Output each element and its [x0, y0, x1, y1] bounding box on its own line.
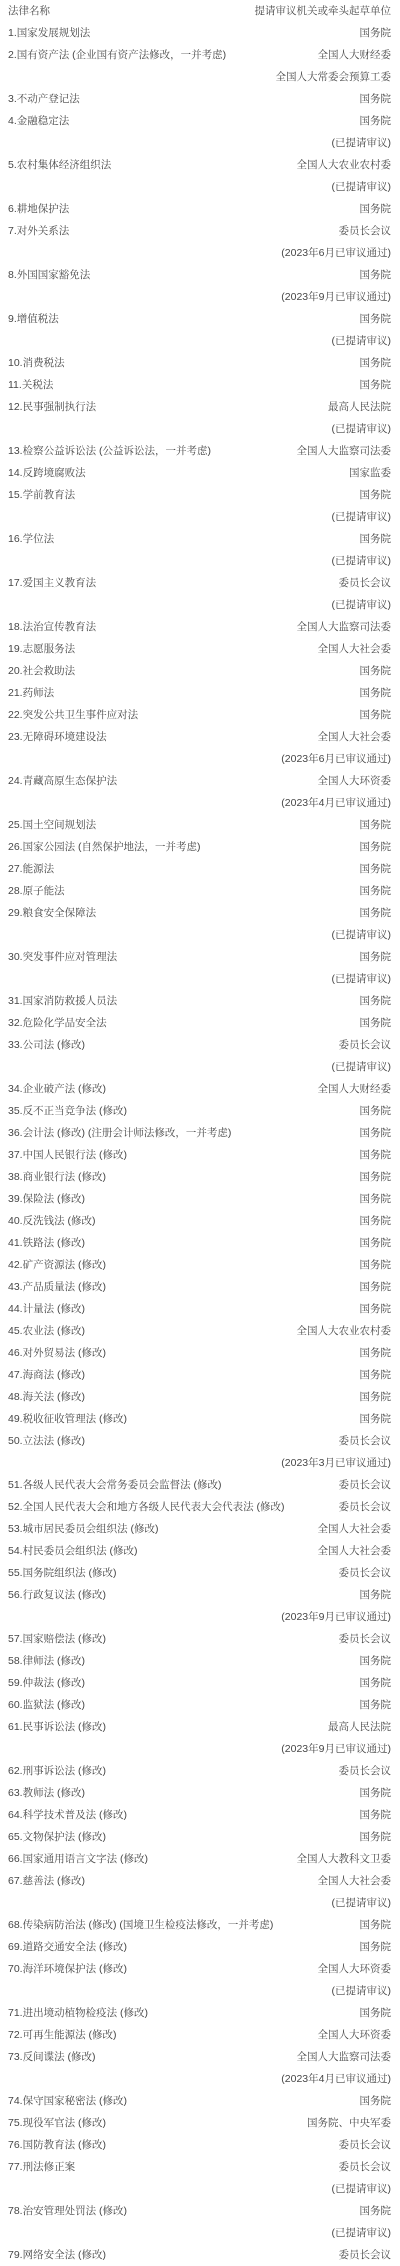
agency-or-status: 国务院	[360, 2002, 392, 2024]
agency-or-status: 国务院	[360, 1012, 392, 1034]
agency-or-status: 国家监委	[349, 462, 391, 484]
agency-or-status: 国务院	[360, 1826, 392, 1848]
table-row: 57.国家赔偿法 (修改) 委员长会议	[0, 1628, 400, 1650]
row-right: 国务院	[360, 1188, 400, 1210]
law-name: 45.农业法 (修改)	[0, 1320, 297, 1342]
row-right: 国务院(已提请审议)	[332, 308, 400, 352]
row-right: 全国人大财经委全国人大常委会预算工委	[276, 44, 400, 88]
law-name: 70.海洋环境保护法 (修改)	[0, 1958, 318, 1980]
row-right: 国务院	[360, 2090, 400, 2112]
law-name: 22.突发公共卫生事件应对法	[0, 704, 360, 726]
row-right: 国务院	[360, 1122, 400, 1144]
table-row: 79.网络安全法 (修改) 委员长会议	[0, 2244, 400, 2266]
agency-or-status: (已提请审议)	[332, 968, 392, 990]
agency-or-status: (已提请审议)	[332, 1056, 392, 1078]
row-right: 全国人大监察司法委	[297, 616, 400, 638]
table-row: 76.国防教育法 (修改) 委员长会议	[0, 2134, 400, 2156]
law-name: 67.慈善法 (修改)	[0, 1870, 318, 1892]
row-right: 全国人大社会委	[318, 1518, 400, 1540]
table-row: 64.科学技术普及法 (修改) 国务院	[0, 1804, 400, 1826]
table-row: 46.对外贸易法 (修改) 国务院	[0, 1342, 400, 1364]
row-right: 国务院	[360, 1144, 400, 1166]
agency-or-status: (已提请审议)	[332, 506, 392, 528]
law-name: 15.学前教育法	[0, 484, 332, 506]
table-row: 34.企业破产法 (修改) 全国人大财经委	[0, 1078, 400, 1100]
row-right: 国务院	[360, 1298, 400, 1320]
agency-or-status: 国务院	[360, 352, 392, 374]
table-row: 21.药师法 国务院	[0, 682, 400, 704]
agency-or-status: 最高人民法院	[281, 1716, 391, 1738]
table-row: 58.律师法 (修改) 国务院	[0, 1650, 400, 1672]
agency-or-status: 委员长会议	[332, 1034, 392, 1056]
row-right: 国务院	[360, 1100, 400, 1122]
agency-or-status: 国务院	[332, 902, 392, 924]
law-name: 6.耕地保护法	[0, 198, 360, 220]
law-name: 18.法治宣传教育法	[0, 616, 297, 638]
row-right: 国务院	[360, 1012, 400, 1034]
agency-or-status: (2023年9月已审议通过)	[281, 1606, 391, 1628]
table-row: 29.粮食安全保障法 国务院(已提请审议)	[0, 902, 400, 946]
law-name: 49.税收征收管理法 (修改)	[0, 1408, 360, 1430]
row-right: 国务院	[360, 1694, 400, 1716]
law-name: 52.全国人民代表大会和地方各级人民代表大会代表法 (修改)	[0, 1496, 339, 1518]
table-row: 45.农业法 (修改) 全国人大农业农村委	[0, 1320, 400, 1342]
agency-or-status: 委员长会议	[281, 220, 391, 242]
law-name: 12.民事强制执行法	[0, 396, 328, 418]
agency-or-status: 委员长会议	[339, 2244, 392, 2266]
table-row: 73.反间谍法 (修改) 全国人大监察司法委(2023年4月已审议通过)	[0, 2046, 400, 2090]
table-row: 61.民事诉讼法 (修改) 最高人民法院(2023年9月已审议通过)	[0, 1716, 400, 1760]
agency-or-status: 国务院	[360, 198, 392, 220]
agency-or-status: (已提请审议)	[297, 176, 392, 198]
row-right: 国务院	[360, 880, 400, 902]
agency-or-status: 全国人大农业农村委	[297, 154, 392, 176]
agency-or-status: 国务院	[360, 374, 392, 396]
law-name: 57.国家赔偿法 (修改)	[0, 1628, 339, 1650]
table-row: 23.无障碍环境建设法 全国人大社会委(2023年6月已审议通过)	[0, 726, 400, 770]
agency-or-status: 国务院	[332, 308, 392, 330]
row-right: 国务院	[360, 814, 400, 836]
table-row: 68.传染病防治法 (修改) (国境卫生检疫法修改，一并考虑) 国务院	[0, 1914, 400, 1936]
row-right: 国务院	[360, 858, 400, 880]
law-name: 78.治安管理处罚法 (修改)	[0, 2200, 332, 2222]
row-right: 国务院(2023年9月已审议通过)	[281, 264, 400, 308]
agency-or-status: 国务院	[360, 2090, 392, 2112]
row-right: 国务院(已提请审议)	[332, 110, 400, 154]
law-name: 33.公司法 (修改)	[0, 1034, 332, 1056]
law-name: 28.原子能法	[0, 880, 360, 902]
agency-or-status: 国务院	[360, 1408, 392, 1430]
row-right: 国务院(已提请审议)	[332, 528, 400, 572]
agency-or-status: 国务院	[360, 1122, 392, 1144]
law-name: 30.突发事件应对管理法	[0, 946, 332, 968]
agency-or-status: 全国人大财经委	[318, 1078, 392, 1100]
agency-or-status: 全国人大社会委	[318, 1540, 392, 1562]
table-row: 44.计量法 (修改) 国务院	[0, 1298, 400, 1320]
table-row: 67.慈善法 (修改) 全国人大社会委(已提请审议)	[0, 1870, 400, 1914]
law-name: 32.危险化学品安全法	[0, 1012, 360, 1034]
table-header-row: 法律名称 提请审议机关或牵头起草单位	[0, 0, 400, 22]
agency-or-status: 国务院	[360, 1782, 392, 1804]
agency-or-status: (已提请审议)	[318, 1980, 392, 2002]
agency-or-status: (2023年6月已审议通过)	[281, 242, 391, 264]
table-row: 33.公司法 (修改) 委员长会议(已提请审议)	[0, 1034, 400, 1078]
row-right: 国务院	[360, 352, 400, 374]
law-name: 79.网络安全法 (修改)	[0, 2244, 339, 2266]
law-name: 16.学位法	[0, 528, 332, 550]
law-name: 59.仲裁法 (修改)	[0, 1672, 360, 1694]
table-row: 1.国家发展规划法 国务院	[0, 22, 400, 44]
agency-or-status: 国务院	[360, 1342, 392, 1364]
law-name: 47.海商法 (修改)	[0, 1364, 360, 1386]
row-right: 国务院、中央军委	[307, 2112, 400, 2134]
agency-or-status: 国务院	[360, 704, 392, 726]
table-row: 50.立法法 (修改) 委员长会议(2023年3月已审议通过)	[0, 1430, 400, 1474]
row-right: 国务院(已提请审议)	[332, 484, 400, 528]
table-row: 31.国家消防救援人员法 国务院	[0, 990, 400, 1012]
law-name: 50.立法法 (修改)	[0, 1430, 281, 1452]
agency-or-status: 国务院	[332, 528, 392, 550]
law-name: 64.科学技术普及法 (修改)	[0, 1804, 360, 1826]
table-row: 69.道路交通安全法 (修改) 国务院	[0, 1936, 400, 1958]
row-right: 国务院	[360, 1650, 400, 1672]
row-right: 国务院(2023年9月已审议通过)	[281, 1584, 400, 1628]
row-right: 全国人大教科文卫委	[297, 1848, 400, 1870]
row-right: 委员长会议(2023年6月已审议通过)	[281, 220, 400, 264]
law-name: 62.刑事诉讼法 (修改)	[0, 1760, 339, 1782]
row-right: 全国人大农业农村委	[297, 1320, 400, 1342]
law-name: 10.消费税法	[0, 352, 360, 374]
agency-or-status: 全国人大财经委	[276, 44, 392, 66]
table-row: 78.治安管理处罚法 (修改) 国务院(已提请审议)	[0, 2200, 400, 2244]
table-row: 59.仲裁法 (修改) 国务院	[0, 1672, 400, 1694]
agency-or-status: 国务院	[360, 1804, 392, 1826]
agency-or-status: 委员长会议	[332, 572, 392, 594]
row-right: 国务院	[360, 1804, 400, 1826]
table-row: 42.矿产资源法 (修改) 国务院	[0, 1254, 400, 1276]
table-row: 65.文物保护法 (修改) 国务院	[0, 1826, 400, 1848]
agency-or-status: 全国人大环资委	[281, 770, 391, 792]
agency-or-status: 委员长会议	[339, 1474, 392, 1496]
row-right: 全国人大环资委(2023年4月已审议通过)	[281, 770, 400, 814]
agency-or-status: 全国人大社会委	[318, 1518, 392, 1540]
law-name: 43.产品质量法 (修改)	[0, 1276, 360, 1298]
table-row: 71.进出境动植物检疫法 (修改) 国务院	[0, 2002, 400, 2024]
agency-or-status: 国务院	[360, 1298, 392, 1320]
law-name: 34.企业破产法 (修改)	[0, 1078, 318, 1100]
row-right: 国务院	[360, 1166, 400, 1188]
column-header-agency: 提请审议机关或牵头起草单位	[255, 0, 392, 22]
law-name: 4.金融稳定法	[0, 110, 332, 132]
row-right: 国务院	[360, 1210, 400, 1232]
agency-or-status: 国务院	[360, 660, 392, 682]
row-right: 最高人民法院(已提请审议)	[328, 396, 400, 440]
agency-or-status: 国务院	[360, 880, 392, 902]
table-row: 48.海关法 (修改) 国务院	[0, 1386, 400, 1408]
table-row: 38.商业银行法 (修改) 国务院	[0, 1166, 400, 1188]
law-name: 3.不动产登记法	[0, 88, 360, 110]
law-name: 73.反间谍法 (修改)	[0, 2046, 281, 2068]
table-row: 62.刑事诉讼法 (修改) 委员长会议	[0, 1760, 400, 1782]
table-row: 55.国务院组织法 (修改) 委员长会议	[0, 1562, 400, 1584]
table-row: 70.海洋环境保护法 (修改) 全国人大环资委(已提请审议)	[0, 1958, 400, 2002]
law-name: 7.对外关系法	[0, 220, 281, 242]
table-row: 72.可再生能源法 (修改) 全国人大环资委	[0, 2024, 400, 2046]
row-right: 国务院(已提请审议)	[332, 946, 400, 990]
row-right: 国家监委	[349, 462, 400, 484]
law-name: 77.刑法修正案	[0, 2156, 332, 2178]
agency-or-status: 国务院	[360, 1166, 392, 1188]
table-row: 17.爱国主义教育法 委员长会议(已提请审议)	[0, 572, 400, 616]
law-name: 17.爱国主义教育法	[0, 572, 332, 594]
agency-or-status: (已提请审议)	[332, 924, 392, 946]
table-row: 41.铁路法 (修改) 国务院	[0, 1232, 400, 1254]
law-name: 35.反不正当竞争法 (修改)	[0, 1100, 360, 1122]
law-name: 76.国防教育法 (修改)	[0, 2134, 339, 2156]
agency-or-status: 国务院	[360, 858, 392, 880]
row-right: 委员长会议	[339, 1562, 400, 1584]
law-name: 27.能源法	[0, 858, 360, 880]
table-row: 43.产品质量法 (修改) 国务院	[0, 1276, 400, 1298]
law-name: 38.商业银行法 (修改)	[0, 1166, 360, 1188]
law-name: 44.计量法 (修改)	[0, 1298, 360, 1320]
law-name: 74.保守国家秘密法 (修改)	[0, 2090, 360, 2112]
row-right: 国务院	[360, 682, 400, 704]
table-row: 51.各级人民代表大会常务委员会监督法 (修改) 委员长会议	[0, 1474, 400, 1496]
row-right: 最高人民法院(2023年9月已审议通过)	[281, 1716, 400, 1760]
agency-or-status: 委员长会议	[339, 1628, 392, 1650]
law-name: 5.农村集体经济组织法	[0, 154, 297, 176]
row-right: 国务院	[360, 1386, 400, 1408]
row-right: 全国人大环资委	[318, 2024, 400, 2046]
table-row: 14.反跨境腐败法 国家监委	[0, 462, 400, 484]
agency-or-status: 国务院	[360, 1914, 392, 1936]
legislation-table: 法律名称 提请审议机关或牵头起草单位 1.国家发展规划法 国务院 2.国有资产法…	[0, 0, 400, 2266]
table-row: 39.保险法 (修改) 国务院	[0, 1188, 400, 1210]
law-name: 11.关税法	[0, 374, 360, 396]
row-right: 国务院(已提请审议)	[332, 902, 400, 946]
table-row: 11.关税法 国务院	[0, 374, 400, 396]
row-right: 国务院	[360, 2002, 400, 2024]
table-row: 32.危险化学品安全法 国务院	[0, 1012, 400, 1034]
agency-or-status: (2023年4月已审议通过)	[281, 2068, 391, 2090]
row-right: 国务院	[360, 704, 400, 726]
table-row: 30.突发事件应对管理法 国务院(已提请审议)	[0, 946, 400, 990]
row-right: 国务院	[360, 22, 400, 44]
row-right: 全国人大环资委(已提请审议)	[318, 1958, 400, 2002]
agency-or-status: 全国人大农业农村委	[297, 1320, 392, 1342]
agency-or-status: (2023年6月已审议通过)	[281, 748, 391, 770]
agency-or-status: 国务院	[332, 946, 392, 968]
agency-or-status: 国务院	[360, 1144, 392, 1166]
table-row: 75.现役军官法 (修改) 国务院、中央军委	[0, 2112, 400, 2134]
agency-or-status: 委员长会议	[339, 1496, 392, 1518]
law-name: 58.律师法 (修改)	[0, 1650, 360, 1672]
row-right: 全国人大监察司法委(2023年4月已审议通过)	[281, 2046, 400, 2090]
agency-or-status: 国务院	[360, 1210, 392, 1232]
law-name: 48.海关法 (修改)	[0, 1386, 360, 1408]
agency-or-status: 国务院	[360, 814, 392, 836]
table-row: 60.监狱法 (修改) 国务院	[0, 1694, 400, 1716]
row-right: 国务院	[360, 198, 400, 220]
law-name: 55.国务院组织法 (修改)	[0, 1562, 339, 1584]
agency-or-status: 全国人大常委会预算工委	[276, 66, 392, 88]
row-right: 国务院	[360, 1408, 400, 1430]
law-name: 36.会计法 (修改) (注册会计师法修改，一并考虑)	[0, 1122, 360, 1144]
law-name: 31.国家消防救援人员法	[0, 990, 360, 1012]
table-row: 28.原子能法 国务院	[0, 880, 400, 902]
row-right: 国务院	[360, 1914, 400, 1936]
table-row: 15.学前教育法 国务院(已提请审议)	[0, 484, 400, 528]
agency-or-status: 国务院	[360, 1188, 392, 1210]
law-name: 63.教师法 (修改)	[0, 1782, 360, 1804]
row-right: 国务院	[360, 1342, 400, 1364]
agency-or-status: 国务院	[360, 1100, 392, 1122]
agency-or-status: 国务院	[332, 2200, 392, 2222]
law-name: 69.道路交通安全法 (修改)	[0, 1936, 360, 1958]
agency-or-status: 国务院	[332, 110, 392, 132]
row-right: 委员长会议	[339, 2244, 400, 2266]
table-row: 7.对外关系法 委员长会议(2023年6月已审议通过)	[0, 220, 400, 264]
agency-or-status: 国务院	[360, 682, 392, 704]
law-name: 41.铁路法 (修改)	[0, 1232, 360, 1254]
agency-or-status: 国务院	[281, 264, 391, 286]
row-right: 委员长会议(2023年3月已审议通过)	[281, 1430, 400, 1474]
table-row: 56.行政复议法 (修改) 国务院(2023年9月已审议通过)	[0, 1584, 400, 1628]
agency-or-status: 全国人大环资委	[318, 2024, 392, 2046]
law-name: 60.监狱法 (修改)	[0, 1694, 360, 1716]
table-row: 49.税收征收管理法 (修改) 国务院	[0, 1408, 400, 1430]
table-row: 20.社会救助法 国务院	[0, 660, 400, 682]
agency-or-status: 国务院	[360, 1276, 392, 1298]
table-row: 66.国家通用语言文字法 (修改) 全国人大教科文卫委	[0, 1848, 400, 1870]
agency-or-status: (已提请审议)	[332, 594, 392, 616]
table-row: 9.增值税法 国务院(已提请审议)	[0, 308, 400, 352]
law-name: 14.反跨境腐败法	[0, 462, 349, 484]
agency-or-status: 国务院	[360, 1254, 392, 1276]
law-table-body: 1.国家发展规划法 国务院 2.国有资产法 (企业国有资产法修改，一并考虑) 全…	[0, 22, 400, 2266]
law-name: 21.药师法	[0, 682, 360, 704]
row-right: 全国人大财经委	[318, 1078, 400, 1100]
row-right: 国务院	[360, 1782, 400, 1804]
law-name: 13.检察公益诉讼法 (公益诉讼法，一并考虑)	[0, 440, 297, 462]
table-row: 18.法治宣传教育法 全国人大监察司法委	[0, 616, 400, 638]
table-row: 54.村民委员会组织法 (修改) 全国人大社会委	[0, 1540, 400, 1562]
agency-or-status: (已提请审议)	[332, 2178, 392, 2200]
agency-or-status: 最高人民法院	[328, 396, 391, 418]
agency-or-status: 国务院	[360, 990, 392, 1012]
law-name: 39.保险法 (修改)	[0, 1188, 360, 1210]
row-right: 国务院	[360, 88, 400, 110]
law-name: 72.可再生能源法 (修改)	[0, 2024, 318, 2046]
agency-or-status: 委员长会议	[339, 1562, 392, 1584]
agency-or-status: (已提请审议)	[332, 2222, 392, 2244]
agency-or-status: 委员长会议	[339, 1760, 392, 1782]
table-row: 74.保守国家秘密法 (修改) 国务院	[0, 2090, 400, 2112]
table-row: 36.会计法 (修改) (注册会计师法修改，一并考虑) 国务院	[0, 1122, 400, 1144]
agency-or-status: (2023年3月已审议通过)	[281, 1452, 391, 1474]
row-right: 国务院	[360, 1232, 400, 1254]
law-name: 29.粮食安全保障法	[0, 902, 332, 924]
table-row: 26.国家公园法 (自然保护地法，一并考虑) 国务院	[0, 836, 400, 858]
law-name: 40.反洗钱法 (修改)	[0, 1210, 360, 1232]
table-row: 27.能源法 国务院	[0, 858, 400, 880]
table-row: 5.农村集体经济组织法 全国人大农业农村委(已提请审议)	[0, 154, 400, 198]
row-right: 委员长会议	[339, 1474, 400, 1496]
row-right: 全国人大农业农村委(已提请审议)	[297, 154, 400, 198]
row-right: 全国人大监察司法委	[297, 440, 400, 462]
law-name: 54.村民委员会组织法 (修改)	[0, 1540, 318, 1562]
law-name: 26.国家公园法 (自然保护地法，一并考虑)	[0, 836, 360, 858]
row-right: 委员长会议	[339, 2134, 400, 2156]
law-name: 71.进出境动植物检疫法 (修改)	[0, 2002, 360, 2024]
row-right: 全国人大社会委(已提请审议)	[318, 1870, 400, 1914]
row-right: 全国人大社会委(2023年6月已审议通过)	[281, 726, 400, 770]
agency-or-status: (2023年4月已审议通过)	[281, 792, 391, 814]
row-right: 国务院	[360, 836, 400, 858]
row-right: 国务院(已提请审议)	[332, 2200, 400, 2244]
table-row: 53.城市居民委员会组织法 (修改) 全国人大社会委	[0, 1518, 400, 1540]
table-row: 25.国土空间规划法 国务院	[0, 814, 400, 836]
law-name: 65.文物保护法 (修改)	[0, 1826, 360, 1848]
table-row: 13.检察公益诉讼法 (公益诉讼法，一并考虑) 全国人大监察司法委	[0, 440, 400, 462]
law-name: 25.国土空间规划法	[0, 814, 360, 836]
row-right: 委员长会议(已提请审议)	[332, 1034, 400, 1078]
row-right: 国务院	[360, 1672, 400, 1694]
agency-or-status: (2023年9月已审议通过)	[281, 1738, 391, 1760]
agency-or-status: 国务院	[360, 1364, 392, 1386]
table-row: 3.不动产登记法 国务院	[0, 88, 400, 110]
agency-or-status: 委员长会议	[332, 2156, 392, 2178]
law-name: 2.国有资产法 (企业国有资产法修改，一并考虑)	[0, 44, 276, 66]
agency-or-status: 委员长会议	[339, 2134, 392, 2156]
agency-or-status: 全国人大环资委	[318, 1958, 392, 1980]
agency-or-status: 全国人大教科文卫委	[297, 1848, 392, 1870]
law-name: 23.无障碍环境建设法	[0, 726, 281, 748]
table-row: 24.青藏高原生态保护法 全国人大环资委(2023年4月已审议通过)	[0, 770, 400, 814]
row-right: 委员长会议(已提请审议)	[332, 572, 400, 616]
agency-or-status: 国务院	[332, 484, 392, 506]
table-row: 47.海商法 (修改) 国务院	[0, 1364, 400, 1386]
agency-or-status: (已提请审议)	[332, 550, 392, 572]
table-row: 6.耕地保护法 国务院	[0, 198, 400, 220]
row-right: 委员长会议	[339, 1760, 400, 1782]
row-right: 委员长会议(已提请审议)	[332, 2156, 400, 2200]
law-name: 20.社会救助法	[0, 660, 360, 682]
table-row: 37.中国人民银行法 (修改) 国务院	[0, 1144, 400, 1166]
law-name: 56.行政复议法 (修改)	[0, 1584, 281, 1606]
agency-or-status: (已提请审议)	[328, 418, 391, 440]
agency-or-status: 国务院	[360, 1672, 392, 1694]
law-name: 1.国家发展规划法	[0, 22, 360, 44]
table-row: 8.外国国家豁免法 国务院(2023年9月已审议通过)	[0, 264, 400, 308]
table-row: 16.学位法 国务院(已提请审议)	[0, 528, 400, 572]
table-row: 35.反不正当竞争法 (修改) 国务院	[0, 1100, 400, 1122]
agency-or-status: 国务院、中央军委	[307, 2112, 391, 2134]
agency-or-status: 国务院	[360, 88, 392, 110]
law-name: 19.志愿服务法	[0, 638, 318, 660]
agency-or-status: (已提请审议)	[332, 132, 392, 154]
agency-or-status: 国务院	[360, 1650, 392, 1672]
agency-or-status: 国务院	[360, 1232, 392, 1254]
agency-or-status: 全国人大监察司法委	[297, 440, 392, 462]
row-right: 全国人大社会委	[318, 638, 400, 660]
row-right: 委员长会议	[339, 1496, 400, 1518]
row-right: 国务院	[360, 374, 400, 396]
table-row: 52.全国人民代表大会和地方各级人民代表大会代表法 (修改) 委员长会议	[0, 1496, 400, 1518]
row-right: 委员长会议	[339, 1628, 400, 1650]
agency-or-status: 国务院	[360, 1386, 392, 1408]
